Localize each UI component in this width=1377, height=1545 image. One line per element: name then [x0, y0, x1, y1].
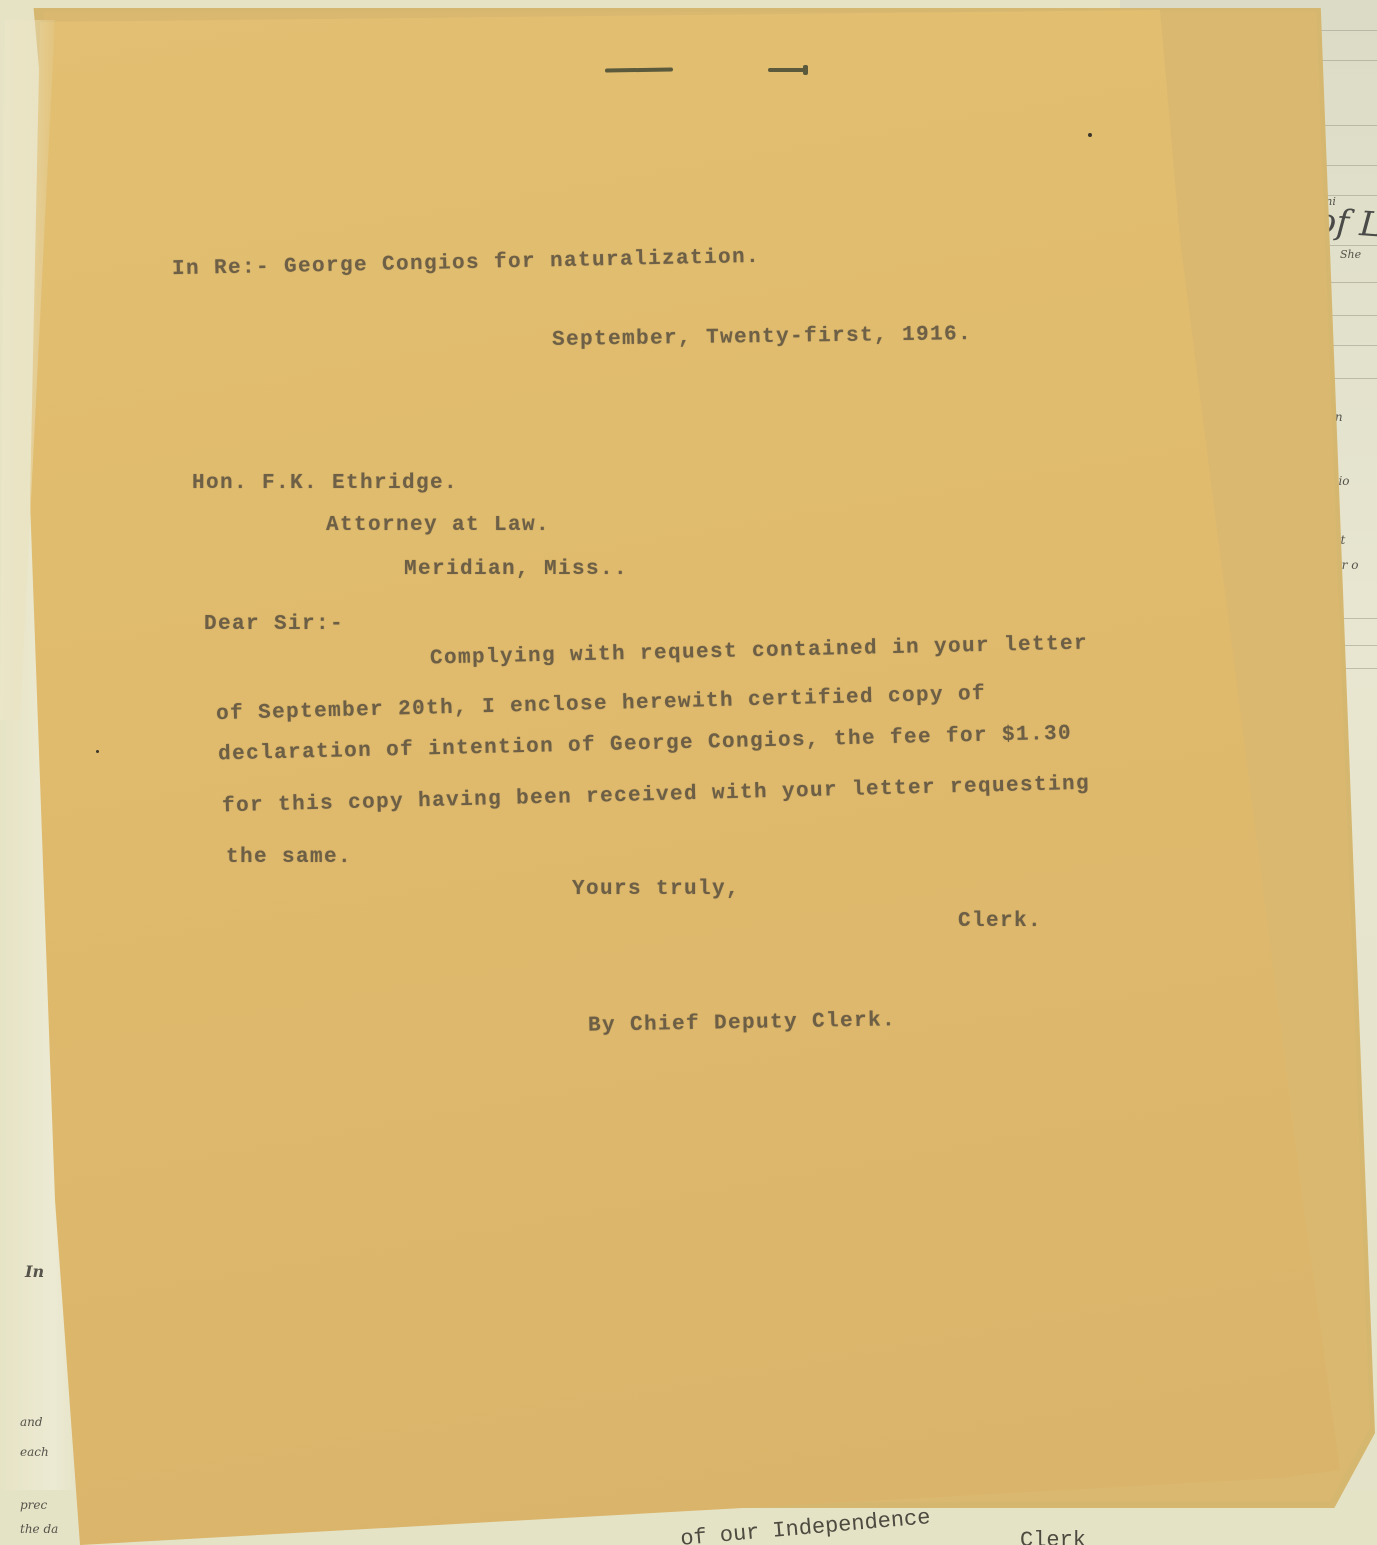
recipient-name: Hon. F.K. Ethridge.: [192, 472, 458, 495]
form-printed: She: [1340, 248, 1361, 261]
body-line: the same.: [226, 846, 352, 869]
form-printed: each: [20, 1445, 49, 1459]
form-printed: the da: [20, 1522, 58, 1536]
form-printed: In: [25, 1262, 44, 1281]
closing: Yours truly,: [572, 878, 740, 901]
staple-icon: [768, 68, 806, 72]
paper-speck: [96, 750, 99, 753]
signature-title: Clerk.: [958, 910, 1042, 933]
salutation: Dear Sir:-: [204, 613, 344, 636]
form-printed: and: [20, 1415, 43, 1429]
paper-speck: [1088, 133, 1092, 137]
recipient-location: Meridian, Miss..: [404, 558, 628, 581]
recipient-title: Attorney at Law.: [326, 514, 550, 537]
letter-sheet: [0, 0, 1377, 1545]
form-typed: Clerk: [1020, 1528, 1086, 1545]
form-printed: prec: [20, 1498, 47, 1512]
